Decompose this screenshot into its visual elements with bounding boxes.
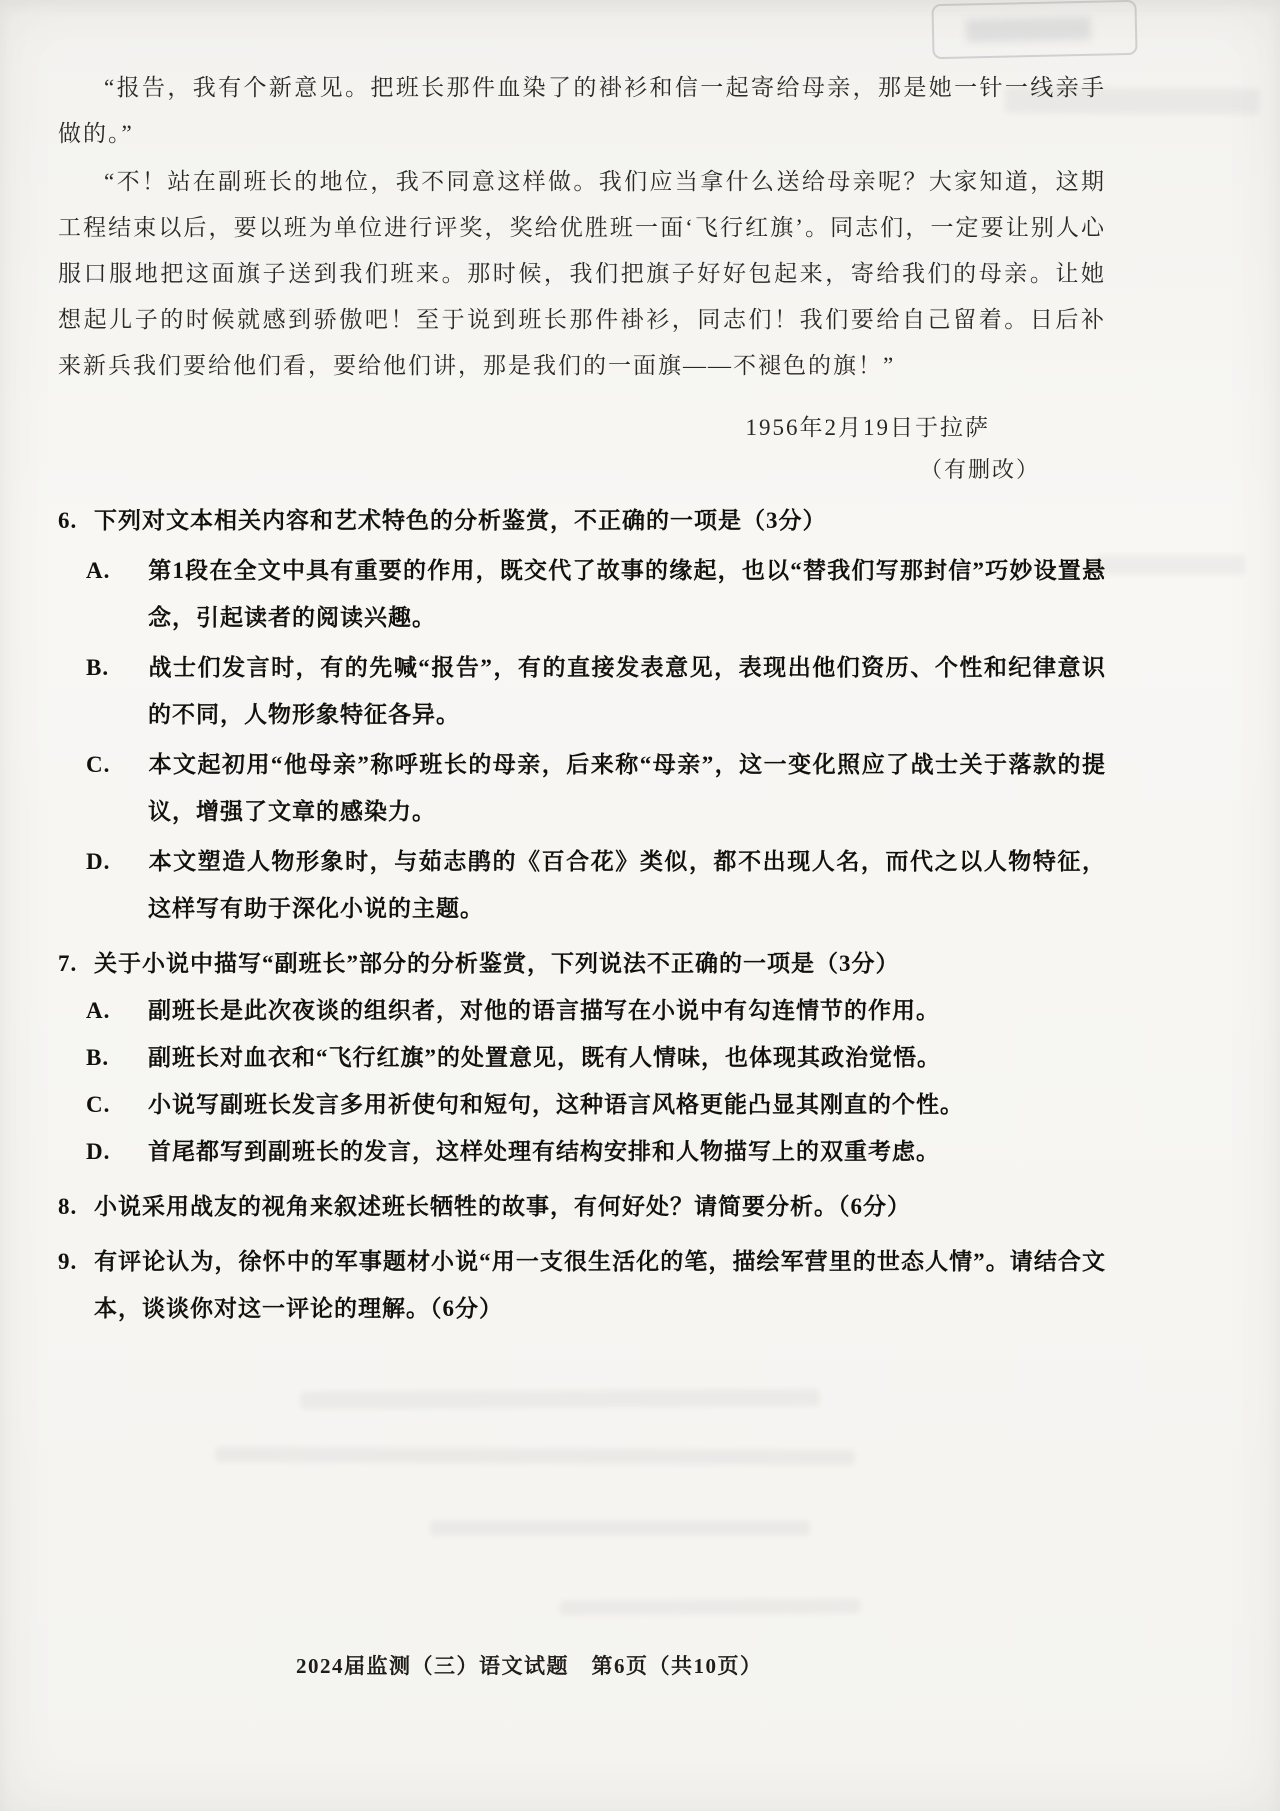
question-stem-row: 6.下列对文本相关内容和艺术特色的分析鉴赏，不正确的一项是（3分） [58,497,1106,544]
question-number: 8. [58,1183,94,1230]
story-paragraph-2: “不！站在副班长的地位，我不同意这样做。我们应当拿什么送给母亲呢？大家知道，这期… [58,159,1106,389]
question-8: 8.小说采用战友的视角来叙述班长牺牲的故事，有何好处？请简要分析。（6分） [58,1183,1106,1230]
page-content: “报告，我有个新意见。把班长那件血染了的褂衫和信一起寄给母亲，那是她一针一线亲手… [0,0,1280,1332]
story-dateline: 1956年2月19日于拉萨 [58,405,1106,451]
question-6: 6.下列对文本相关内容和艺术特色的分析鉴赏，不正确的一项是（3分） A.第1段在… [58,497,1106,932]
option-text: 战士们发言时，有的先喊“报告”，有的直接发表意见，表现出他们资历、个性和纪律意识… [148,655,1106,727]
question-stem: 下列对文本相关内容和艺术特色的分析鉴赏，不正确的一项是（3分） [94,508,827,533]
question-number: 7. [58,940,94,987]
option-row: A.副班长是此次夜谈的组织者，对他的语言描写在小说中有勾连情节的作用。 [86,987,1106,1034]
bleedthrough-artifact [430,1520,810,1536]
question-stem-row: 7.关于小说中描写“副班长”部分的分析鉴赏，下列说法不正确的一项是（3分） [58,940,1106,987]
option-row: A.第1段在全文中具有重要的作用，既交代了故事的缘起，也以“替我们写那封信”巧妙… [86,547,1106,641]
question-number: 6. [58,497,94,544]
question-9: 9.有评论认为，徐怀中的军事题材小说“用一支很生活化的笔，描绘军营里的世态人情”… [58,1238,1106,1332]
option-label: D. [86,838,148,885]
story-edit-note: （有删改） [58,451,1106,489]
option-label: A. [86,547,148,594]
question-7: 7.关于小说中描写“副班长”部分的分析鉴赏，下列说法不正确的一项是（3分） A.… [58,940,1106,1175]
option-label: C. [86,741,148,788]
option-row: D.本文塑造人物形象时，与茹志鹃的《百合花》类似，都不出现人名，而代之以人物特征… [86,838,1106,932]
question-stem: 小说采用战友的视角来叙述班长牺牲的故事，有何好处？请简要分析。（6分） [94,1194,911,1219]
option-text: 副班长对血衣和“飞行红旗”的处置意见，既有人情味，也体现其政治觉悟。 [148,1045,941,1070]
option-row: B.战士们发言时，有的先喊“报告”，有的直接发表意见，表现出他们资历、个性和纪律… [86,644,1106,738]
option-text: 首尾都写到副班长的发言，这样处理有结构安排和人物描写上的双重考虑。 [148,1139,940,1164]
option-text: 本文起初用“他母亲”称呼班长的母亲，后来称“母亲”，这一变化照应了战士关于落款的… [148,752,1106,824]
story-paragraph-1: “报告，我有个新意见。把班长那件血染了的褂衫和信一起寄给母亲，那是她一针一线亲手… [58,65,1106,157]
question-stem: 关于小说中描写“副班长”部分的分析鉴赏，下列说法不正确的一项是（3分） [94,951,900,976]
question-stem-row: 9.有评论认为，徐怀中的军事题材小说“用一支很生活化的笔，描绘军营里的世态人情”… [58,1238,1106,1332]
exam-page: “报告，我有个新意见。把班长那件血染了的褂衫和信一起寄给母亲，那是她一针一线亲手… [0,0,1280,1811]
option-row: B.副班长对血衣和“飞行红旗”的处置意见，既有人情味，也体现其政治觉悟。 [86,1034,1106,1081]
option-text: 本文塑造人物形象时，与茹志鹃的《百合花》类似，都不出现人名，而代之以人物特征，这… [148,849,1106,921]
bleedthrough-artifact [215,1446,855,1465]
option-text: 小说写副班长发言多用祈使句和短句，这种语言风格更能凸显其刚直的个性。 [148,1092,964,1117]
option-row: D.首尾都写到副班长的发言，这样处理有结构安排和人物描写上的双重考虑。 [86,1128,1106,1175]
question-number: 9. [58,1238,94,1285]
question-stem: 有评论认为，徐怀中的军事题材小说“用一支很生活化的笔，描绘军营里的世态人情”。请… [94,1249,1106,1321]
option-label: B. [86,644,148,691]
option-text: 副班长是此次夜谈的组织者，对他的语言描写在小说中有勾连情节的作用。 [148,998,940,1023]
question-stem-row: 8.小说采用战友的视角来叙述班长牺牲的故事，有何好处？请简要分析。（6分） [58,1183,1106,1230]
bleedthrough-artifact [560,1599,860,1615]
option-text: 第1段在全文中具有重要的作用，既交代了故事的缘起，也以“替我们写那封信”巧妙设置… [148,558,1106,630]
option-label: C. [86,1081,148,1128]
bleedthrough-artifact [300,1389,820,1410]
option-row: C.小说写副班长发言多用祈使句和短句，这种语言风格更能凸显其刚直的个性。 [86,1081,1106,1128]
option-label: A. [86,987,148,1034]
option-row: C.本文起初用“他母亲”称呼班长的母亲，后来称“母亲”，这一变化照应了战士关于落… [86,741,1106,835]
page-footer: 2024届监测（三）语文试题 第6页（共10页） [296,1652,763,1680]
option-label: D. [86,1128,148,1175]
option-label: B. [86,1034,148,1081]
